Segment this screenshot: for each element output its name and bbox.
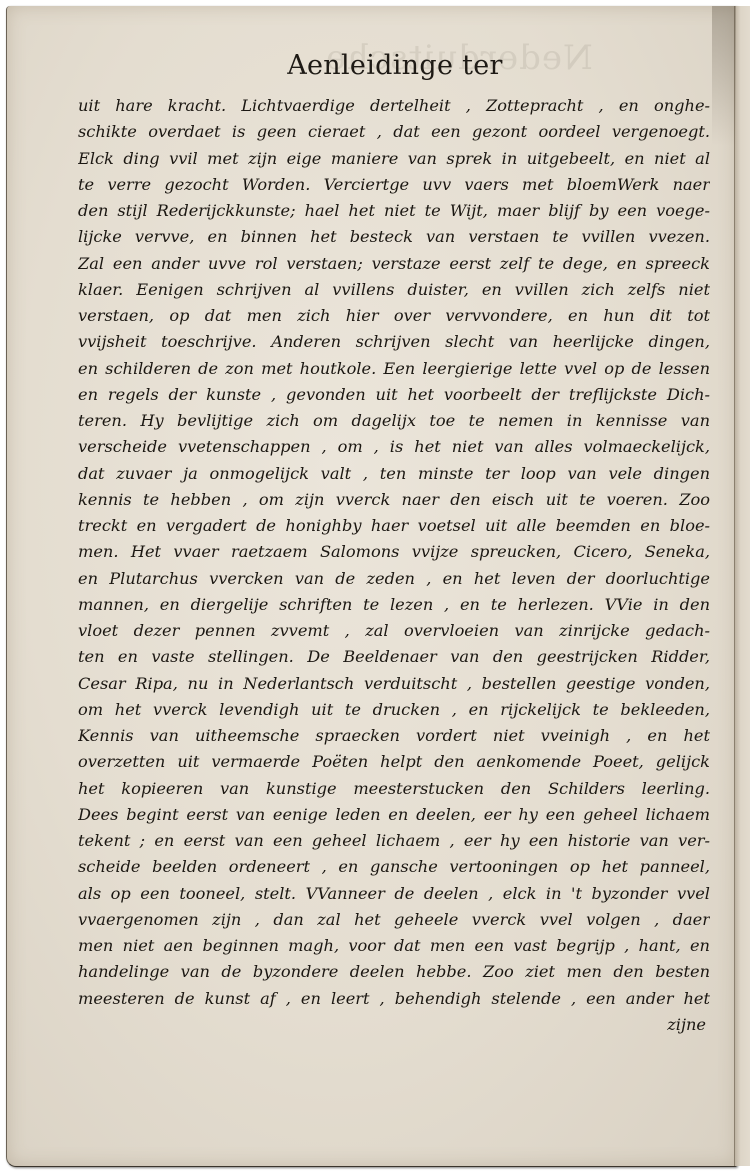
text-line: vvaergenomen zijn , dan zal het geheele …: [78, 907, 710, 933]
text-line: ten en vaste stellingen. De Beeldenaer v…: [78, 644, 710, 670]
text-line: uit hare kracht. Lichtvaerdige dertelhei…: [78, 93, 710, 119]
text-line: om het vverck levendigh uit te drucken ,…: [78, 697, 710, 723]
text-line: men. Het vvaer raetzaem Salomons vvijze …: [78, 539, 710, 565]
text-line: als op een tooneel, stelt. VVanneer de d…: [78, 881, 710, 907]
text-line: en regels der kunste , gevonden uit het …: [78, 382, 710, 408]
text-line: tekent ; en eerst van een geheel lichaem…: [78, 828, 710, 854]
text-line: kennis te hebben , om zijn vverck naer d…: [78, 487, 710, 513]
text-line: verstaen, op dat men zich hier over verv…: [78, 303, 710, 329]
text-line: mannen, en diergelije schriften te lezen…: [78, 592, 710, 618]
text-line: lijcke vervve, en binnen het besteck van…: [78, 224, 710, 250]
text-line: en schilderen de zon met houtkole. Een l…: [78, 356, 710, 382]
text-line: en Plutarchus vvercken van de zeden , en…: [78, 566, 710, 592]
body-text: uit hare kracht. Lichtvaerdige dertelhei…: [78, 93, 710, 1038]
text-line: Kennis van uitheemsche spraecken vordert…: [78, 723, 710, 749]
text-line: Dees begint eerst van eenige leden en de…: [78, 802, 710, 828]
text-line: handelinge van de byzondere deelen hebbe…: [78, 959, 710, 985]
text-line: den stijl Rederijckkunste; hael het niet…: [78, 198, 710, 224]
text-line: Elck ding vvil met zijn eige maniere van…: [78, 146, 710, 172]
running-head: Aenleidinge ter: [287, 50, 503, 81]
page-header: Aenleidinge ter: [0, 50, 750, 81]
text-line: het kopieeren van kunstige meesterstucke…: [78, 776, 710, 802]
facing-page-edge: [734, 6, 750, 1166]
text-line: teren. Hy bevlijtige zich om dagelijx to…: [78, 408, 710, 434]
text-line: schikte overdaet is geen cieraet , dat e…: [78, 119, 710, 145]
text-line: Zal een ander uvve rol verstaen; verstaz…: [78, 251, 710, 277]
text-line: verscheide vvetenschappen , om , is het …: [78, 434, 710, 460]
text-line: men niet aen beginnen magh, voor dat men…: [78, 933, 710, 959]
text-line: te verre gezocht Worden. Verciertge uvv …: [78, 172, 710, 198]
text-line: treckt en vergadert de honighby haer voe…: [78, 513, 710, 539]
text-line: Cesar Ripa, nu in Nederlantsch verduitsc…: [78, 671, 710, 697]
catchword: zijne: [78, 1012, 710, 1038]
text-line: scheide beelden ordeneert , en gansche v…: [78, 854, 710, 880]
text-line: klaer. Eenigen schrijven al vvillens dui…: [78, 277, 710, 303]
text-line: dat zuvaer ja onmogelijck valt , ten min…: [78, 461, 710, 487]
text-line: meesteren de kunst af , en leert , behen…: [78, 986, 710, 1012]
text-line: vloet dezer pennen zvvemt , zal overvloe…: [78, 618, 710, 644]
text-line: overzetten uit vermaerde Poëten helpt de…: [78, 749, 710, 775]
text-line: vvijsheit toeschrijve. Anderen schrijven…: [78, 329, 710, 355]
